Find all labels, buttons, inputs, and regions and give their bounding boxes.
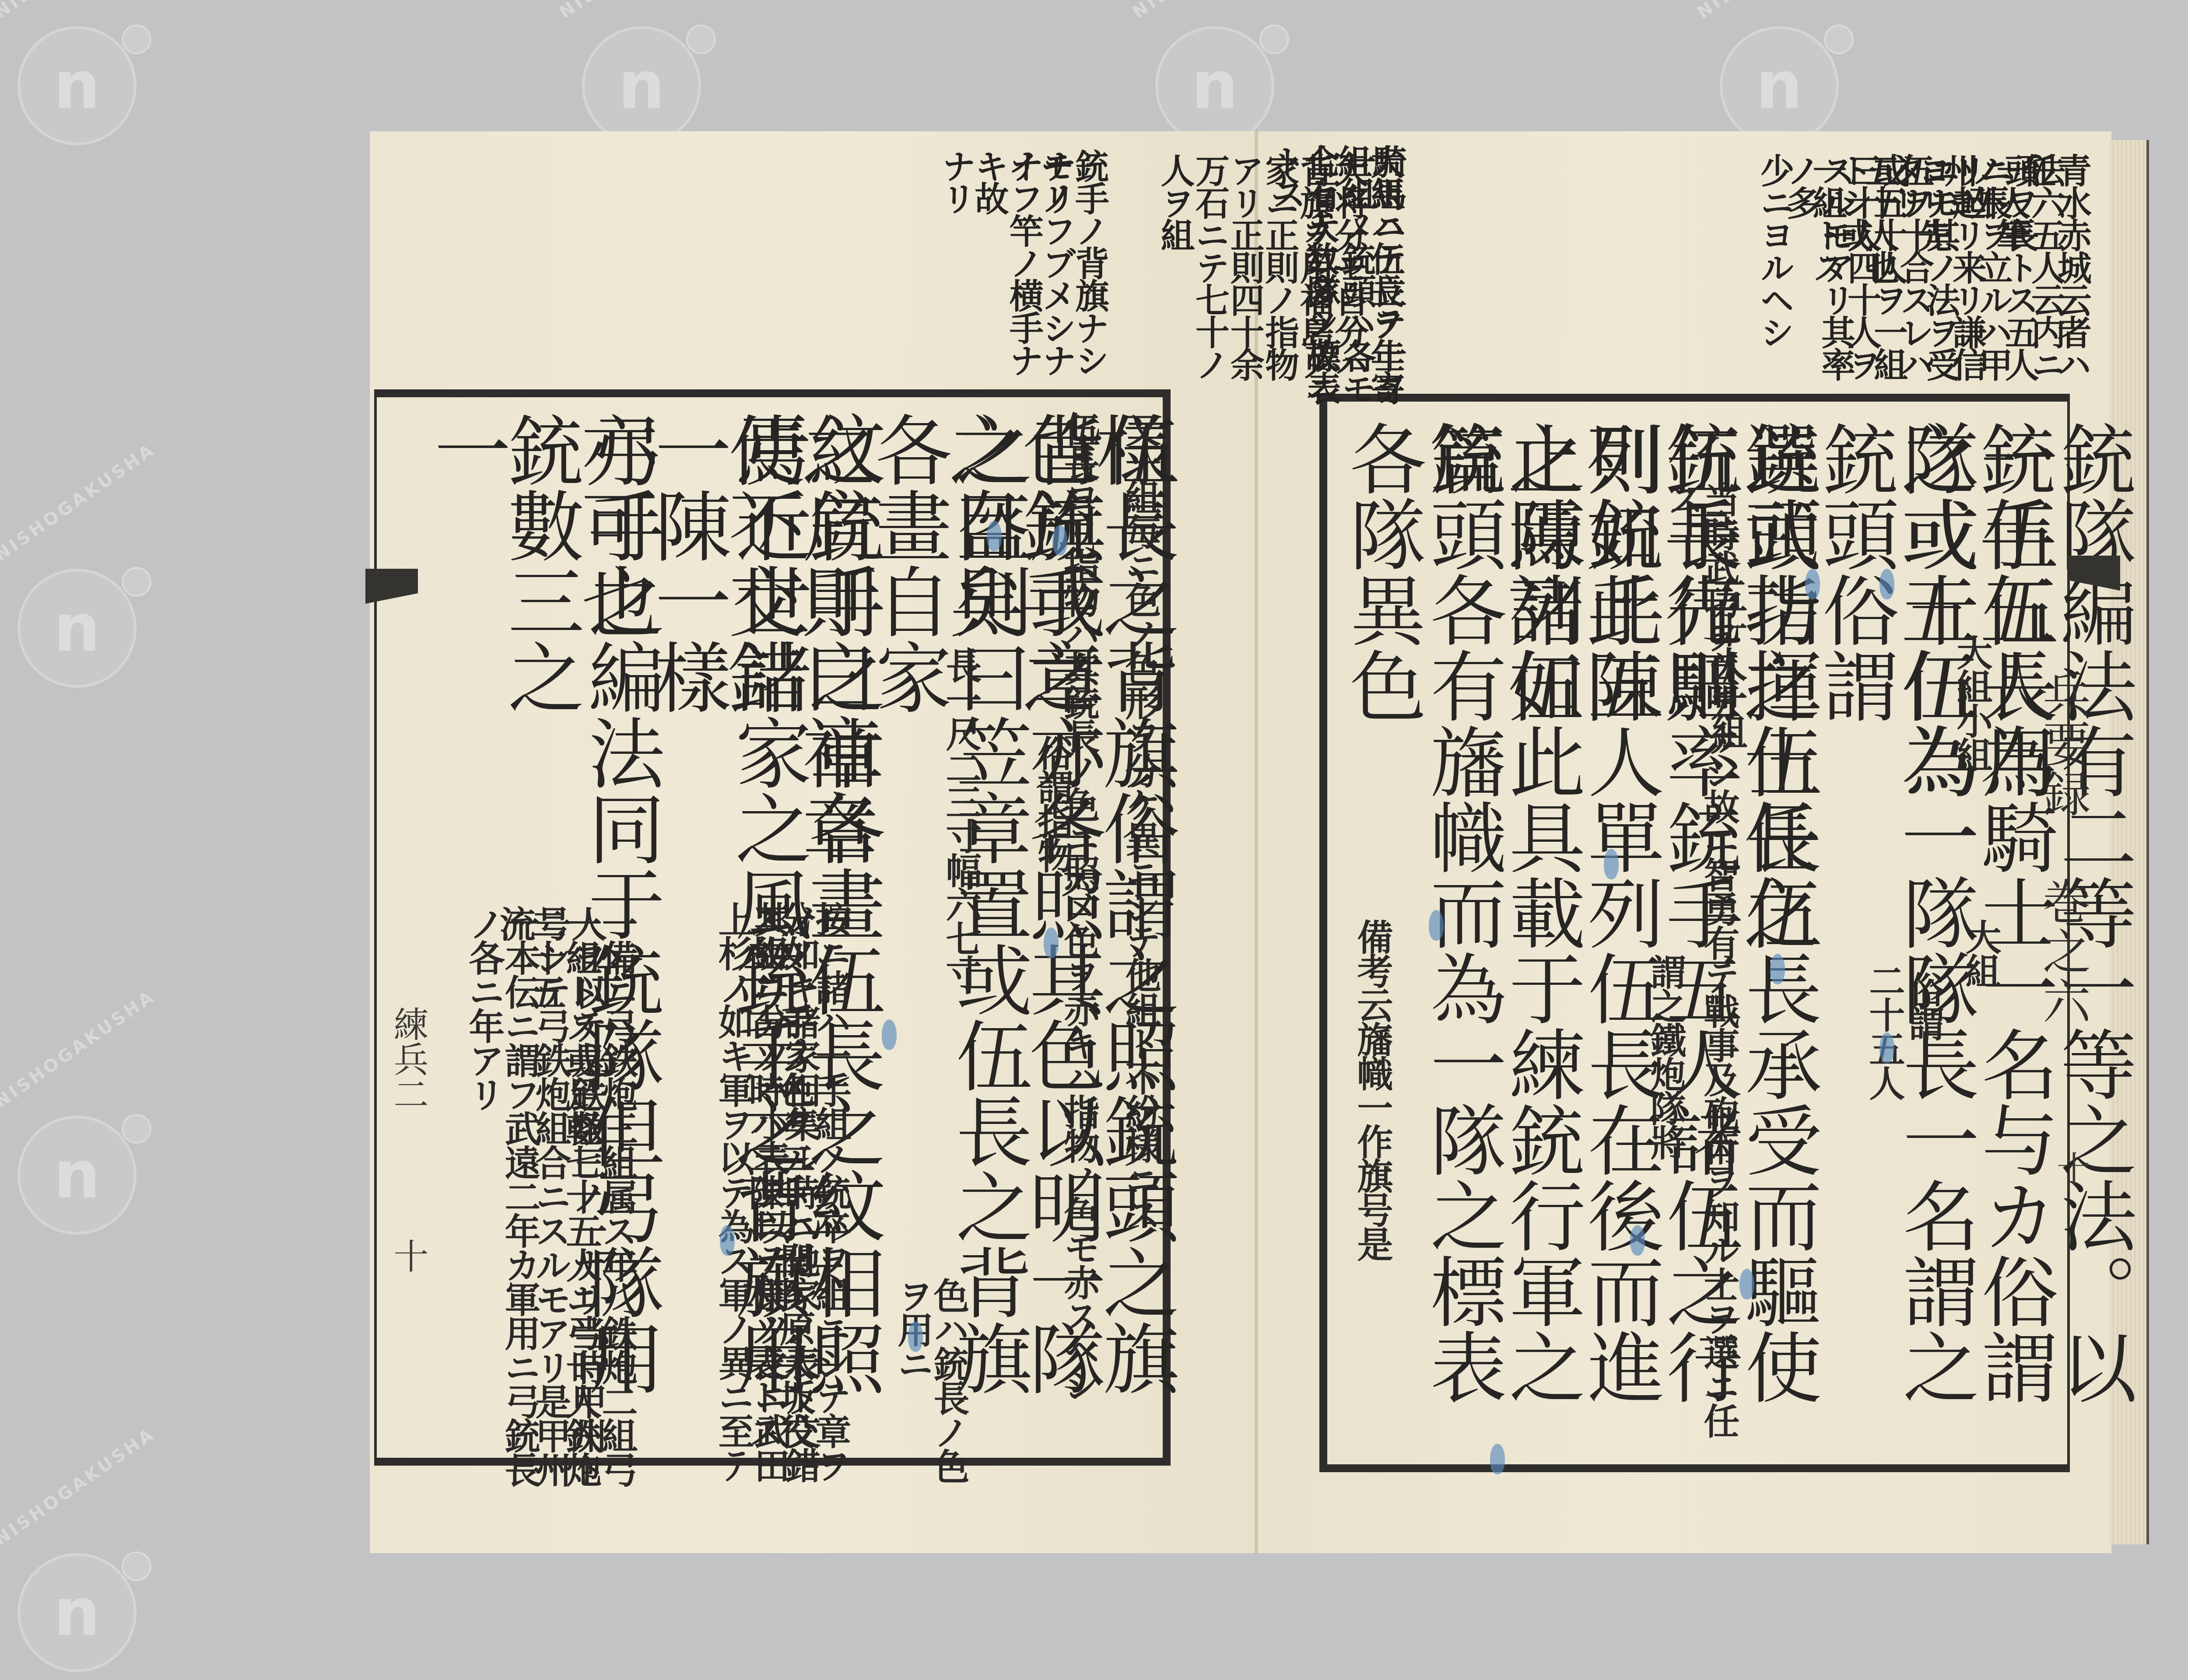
watermark-logo-icon: NISHOGAKUSHAn: [18, 26, 137, 145]
watermark-logo-icon: NISHOGAKUSHAn: [18, 569, 137, 688]
blue-ink-mark: [1604, 849, 1619, 879]
blue-ink-mark: [1805, 569, 1820, 599]
blue-ink-mark: [1770, 954, 1785, 984]
left-interlinear-note: 俗謂指物: [1035, 735, 1071, 1496]
watermark-logo-icon: NISHOGAKUSHAn: [18, 1553, 137, 1672]
left-header-note-4: ナフ竿ノ横手ナキ故: [971, 149, 1041, 394]
right-interlinear-note: 当時武功ヲ立テナシ故ニ智勇有テ戰事及砲術ヲ知ル士ヲ選ニ任ス: [1665, 481, 1737, 1466]
right-header-note-column: 少ニヨルヘシ: [1757, 153, 1792, 385]
blue-ink-mark: [1490, 1444, 1505, 1474]
right-interlinear-note: 備考云旛幟一作旗号是: [1354, 919, 1390, 1466]
left-interlinear-note: 又一組毎ニ色ノ色形ヲ分ケ異ニシテ他組ト不紛様ニス: [1122, 411, 1158, 1496]
blue-ink-mark: [882, 1019, 897, 1050]
left-interlinear-note: 色ハ銃長ノ色ヲ用ニ: [895, 1277, 967, 1496]
blue-ink-mark: [1044, 927, 1059, 958]
blue-ink-mark: [1879, 569, 1894, 599]
watermark-logo-icon: NISHOGAKUSHAn: [1155, 26, 1274, 145]
blue-ink-mark: [1879, 1032, 1894, 1063]
left-folio-label: 練兵二: [383, 1006, 433, 1111]
book-title-margin: 兵要録 巻之六: [2028, 669, 2097, 1026]
watermark-logo-icon: NISHOGAKUSHAn: [18, 1116, 137, 1235]
blue-ink-mark: [908, 1321, 923, 1352]
watermark-logo-icon: NISHOGAKUSHAn: [582, 26, 701, 145]
blue-ink-mark: [987, 521, 1002, 551]
left-folio-number: 十: [383, 1238, 433, 1273]
blue-ink-mark: [720, 1225, 735, 1256]
open-book: 大将分モ自分ハ背旗ヲ用福島ノ家ニ正則ノ指物アリ正則四十余万石ニテ七十ノ人ヲ組 銃…: [370, 131, 2146, 1553]
left-interlinear-note: 其組ニ分ツハ小表ヲ以テ別ツ之ニ武田上杉ノ如キ軍ヲ以テ為ス軍ノ異ニ至テ: [715, 901, 787, 1496]
right-header-note-left-column: 一組ノ銃頭ハ各モ七有テ二隊ノ標表トス: [1269, 144, 1374, 407]
right-interlinear-note: 俗謂: [1906, 971, 1942, 1466]
right-folio-number: 十: [2046, 1151, 2096, 1186]
right-interlinear-note: 大組: [1963, 919, 1999, 1466]
blue-ink-mark: [1739, 1269, 1754, 1299]
blue-ink-mark: [1052, 525, 1067, 556]
blue-ink-mark: [1429, 910, 1444, 941]
left-header-note-5: ナリ: [939, 149, 974, 394]
watermark-logo-icon: NISHOGAKUSHAn: [1720, 26, 1839, 145]
left-interlinear-note: 一本伝ニ謂フ武遠二年カ軍用ニ弓銃長ノ各ニ年アリ: [466, 906, 538, 1496]
blue-ink-mark: [1630, 1225, 1645, 1256]
